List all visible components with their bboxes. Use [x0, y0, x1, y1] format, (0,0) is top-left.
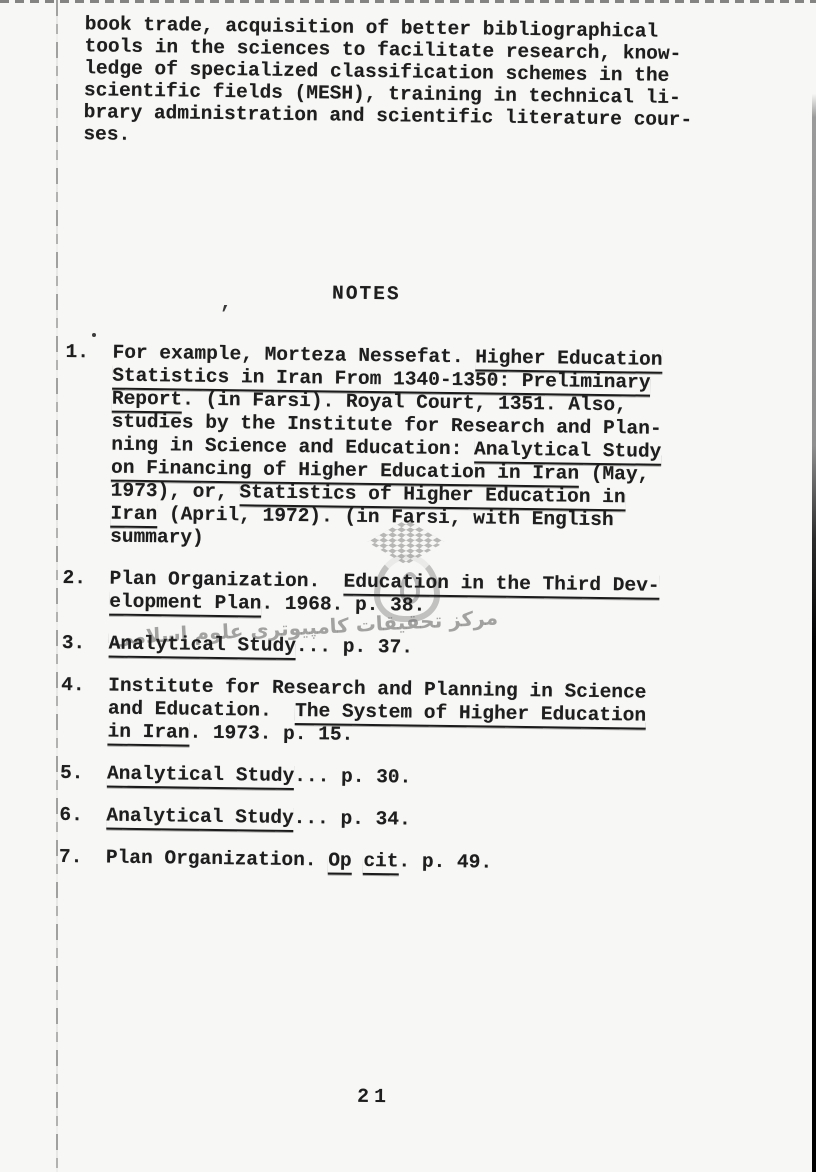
scan-edge-right [812, 0, 816, 1172]
notes-heading: NOTES [66, 279, 666, 310]
note-segment: 1973), or, [111, 480, 240, 504]
note-text: Plan Organization. Education in the Thir… [109, 568, 713, 622]
note-number: 5. [60, 762, 107, 786]
underlined-citation: Analytical Study [109, 633, 297, 660]
note-segment: (May, [579, 463, 650, 486]
note-segment: . 1968. p. 38. [261, 593, 425, 617]
note-text: Analytical Study... p. 34. [106, 805, 709, 836]
note-segment: ... p. 30. [294, 765, 411, 789]
note-segment [352, 850, 364, 872]
note-item: 3.Analytical Study... p. 37. [62, 632, 712, 664]
scan-speck [92, 333, 96, 337]
underlined-citation: Analytical Study [106, 805, 294, 832]
note-text: Analytical Study... p. 37. [109, 633, 712, 664]
note-line: Analytical Study... p. 37. [109, 633, 712, 664]
note-segment: ... p. 37. [296, 635, 413, 659]
scan-edge-left [56, 0, 58, 1172]
note-number: 3. [62, 632, 109, 656]
note-segment: Plan Organization. [109, 568, 343, 593]
top-paragraph: book trade, acquisition of better biblio… [83, 13, 720, 153]
note-item: 2.Plan Organization. Education in the Th… [62, 567, 713, 622]
note-line: Analytical Study... p. 30. [107, 763, 710, 794]
scan-edge-top [0, 0, 816, 3]
note-item: 6.Analytical Study... p. 34. [59, 804, 709, 836]
underlined-citation: Op [328, 849, 352, 874]
note-text: Plan Organization. Op cit. p. 49. [106, 847, 709, 878]
note-text: Institute for Research and Planning in S… [107, 675, 711, 752]
note-number: 2. [62, 567, 110, 614]
note-text: For example, Morteza Nessefat. Higher Ed… [110, 342, 716, 557]
underlined-citation: Report [112, 388, 183, 414]
note-text: Analytical Study... p. 30. [107, 763, 710, 794]
note-segment: (April, 1972). (in Farsi, with English [157, 503, 614, 531]
note-item: 7.Plan Organization. Op cit. p. 49. [59, 846, 709, 878]
underlined-citation: in Iran [107, 721, 189, 747]
underlined-citation: elopment Plan [109, 591, 261, 618]
underlined-citation: Analytical Study [107, 763, 295, 790]
note-segment: and Education. [108, 698, 296, 722]
notes-list: 1.For example, Morteza Nessefat. Higher … [59, 341, 716, 877]
note-segment: . 1973. p. 15. [189, 722, 353, 746]
note-number: 7. [59, 846, 106, 870]
note-item: 1.For example, Morteza Nessefat. Higher … [63, 341, 716, 556]
note-line: Plan Organization. Op cit. p. 49. [106, 847, 709, 878]
note-item: 5.Analytical Study... p. 30. [60, 762, 710, 794]
scan-speck: , [220, 292, 232, 315]
underlined-citation: Iran [110, 503, 157, 529]
note-number: 6. [59, 804, 106, 828]
underlined-citation: cit [363, 850, 398, 875]
note-segment: summary) [110, 526, 204, 549]
page-number: 21 [357, 1086, 391, 1109]
note-item: 4.Institute for Research and Planning in… [60, 674, 711, 752]
note-segment: Plan Organization. [106, 847, 329, 872]
note-number: 1. [63, 341, 113, 549]
note-number: 4. [60, 674, 108, 744]
scanned-document-page: { "document": { "heading": "NOTES", "pag… [0, 0, 816, 1172]
note-segment: ... p. 34. [294, 807, 411, 831]
note-line: Analytical Study... p. 34. [106, 805, 709, 836]
note-segment: . p. 49. [398, 850, 492, 873]
page-content: book trade, acquisition of better biblio… [59, 13, 720, 896]
